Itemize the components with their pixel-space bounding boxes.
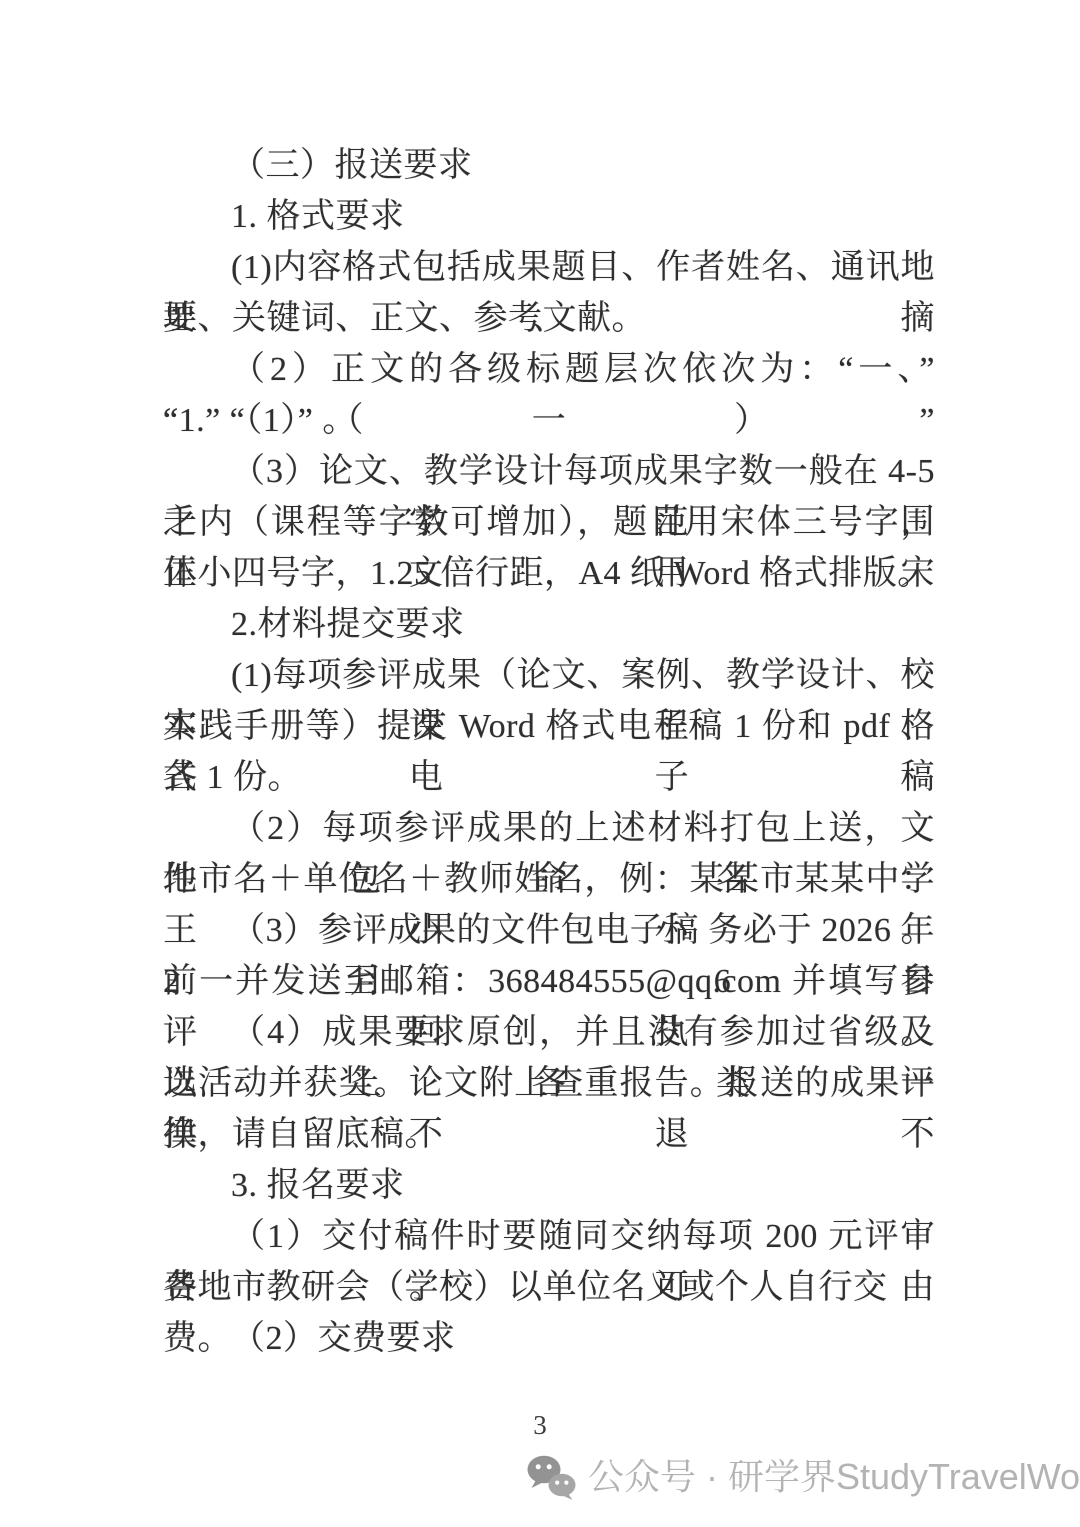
text-line: 实践手册等）提交 Word 格式电子稿 1 份和 pdf 格式电子稿 [163, 701, 935, 752]
watermark-footer: 公众号 · 研学界StudyTravelWorld [524, 1454, 1080, 1500]
text-line: 体小四号字，1.25 倍行距，A4 纸 Word 格式排版。 [163, 548, 935, 599]
wechat-icon [524, 1454, 578, 1500]
text-line: 选活动并获奖。论文附上查重报告。报送的成果一律不退不 [163, 1058, 935, 1109]
text-line: （1）交付稿件时要随同交纳每项 200 元评审费。可由 [163, 1211, 935, 1262]
text-line: （2）交费要求 [163, 1313, 935, 1364]
text-line: 地市名＋单位名＋教师姓名，例：某某市某某中学王小小。 [163, 854, 935, 905]
text-line: 之内（课程等字数可增加），题目用宋体三号字，正文用宋 [163, 497, 935, 548]
text-line: （三）报送要求 [163, 140, 935, 191]
text-line: （3）论文、教学设计每项成果字数一般在 4-5 千字范围 [163, 446, 935, 497]
text-line: 1. 格式要求 [163, 191, 935, 242]
text-line: (1)内容格式包括成果题目、作者姓名、通讯地址、摘 [163, 242, 935, 293]
text-line: 2.材料提交要求 [163, 599, 935, 650]
text-line: （3）参评成果的文件包电子稿 务必于 2026 年 2 月 6 日 [163, 905, 935, 956]
page-number: 3 [0, 1405, 1080, 1445]
text-line: （4）成果要求原创，并且没有参加过省级及以上各类评 [163, 1007, 935, 1058]
document-lines: （三）报送要求1. 格式要求(1)内容格式包括成果题目、作者姓名、通讯地址、摘要… [163, 140, 935, 1364]
text-line: （2）每项参评成果的上述材料打包上送，文件包命名： [163, 803, 935, 854]
text-line: 前一并发送至邮箱：368484555@qq.com 并填写参评回执。 [163, 956, 935, 1007]
document-page: （三）报送要求1. 格式要求(1)内容格式包括成果题目、作者姓名、通讯地址、摘要… [0, 0, 1080, 1527]
text-line: 3. 报名要求 [163, 1160, 935, 1211]
text-line: (1)每项参评成果（论文、案例、教学设计、校本课程、 [163, 650, 935, 701]
text-line: 各地市教研会（学校）以单位名义或个人自行交费。 [163, 1262, 935, 1313]
watermark-text: 公众号 · 研学界StudyTravelWorld [588, 1454, 1080, 1500]
text-line: （2）正文的各级标题层次依次为：“一、” “（一）” [163, 344, 935, 395]
